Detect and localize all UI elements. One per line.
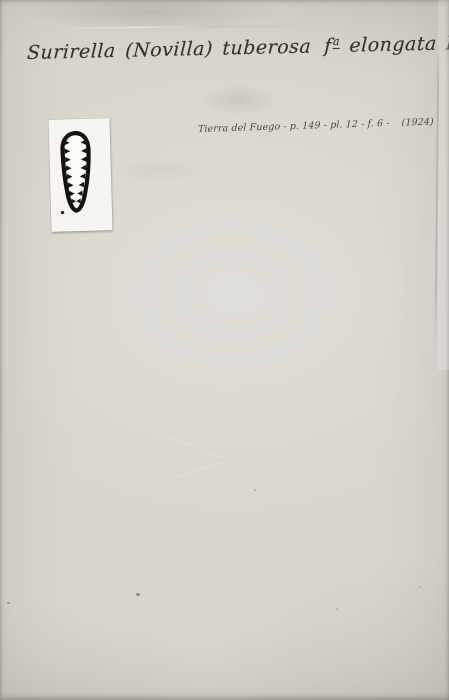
forma-abbr: fa (324, 35, 341, 57)
species-name: Surirella (Novilla) tuberosa (26, 36, 311, 64)
paper-watermark (157, 432, 222, 459)
paper-speck (136, 593, 140, 596)
forma-epithet: elongata (349, 33, 437, 57)
citation: Tierra del Fuego - p. 149 - pl. 12 - f. … (198, 117, 434, 135)
paper-fold-highlight (60, 25, 320, 29)
forma-letter: f (324, 35, 333, 57)
forma-superscript: a (333, 35, 341, 49)
paper-watermark (166, 460, 228, 481)
citation-year: (1924) (401, 117, 433, 129)
paper-speck (254, 489, 256, 491)
paper-speck (336, 608, 338, 610)
paper-speck (7, 602, 10, 604)
diatom-valve-icon (48, 118, 112, 232)
pasted-figure-label (48, 118, 112, 232)
scanned-herbarium-card: Surirella (Novilla) tuberosafa elongataF… (0, 0, 449, 700)
paper-crease-highlight (438, 0, 449, 370)
species-title: Surirella (Novilla) tuberosafa elongataF… (26, 32, 449, 64)
citation-reference: Tierra del Fuego - p. 149 - pl. 12 - f. … (198, 118, 390, 135)
ink-dot (61, 211, 64, 214)
paper-speck (419, 586, 421, 588)
